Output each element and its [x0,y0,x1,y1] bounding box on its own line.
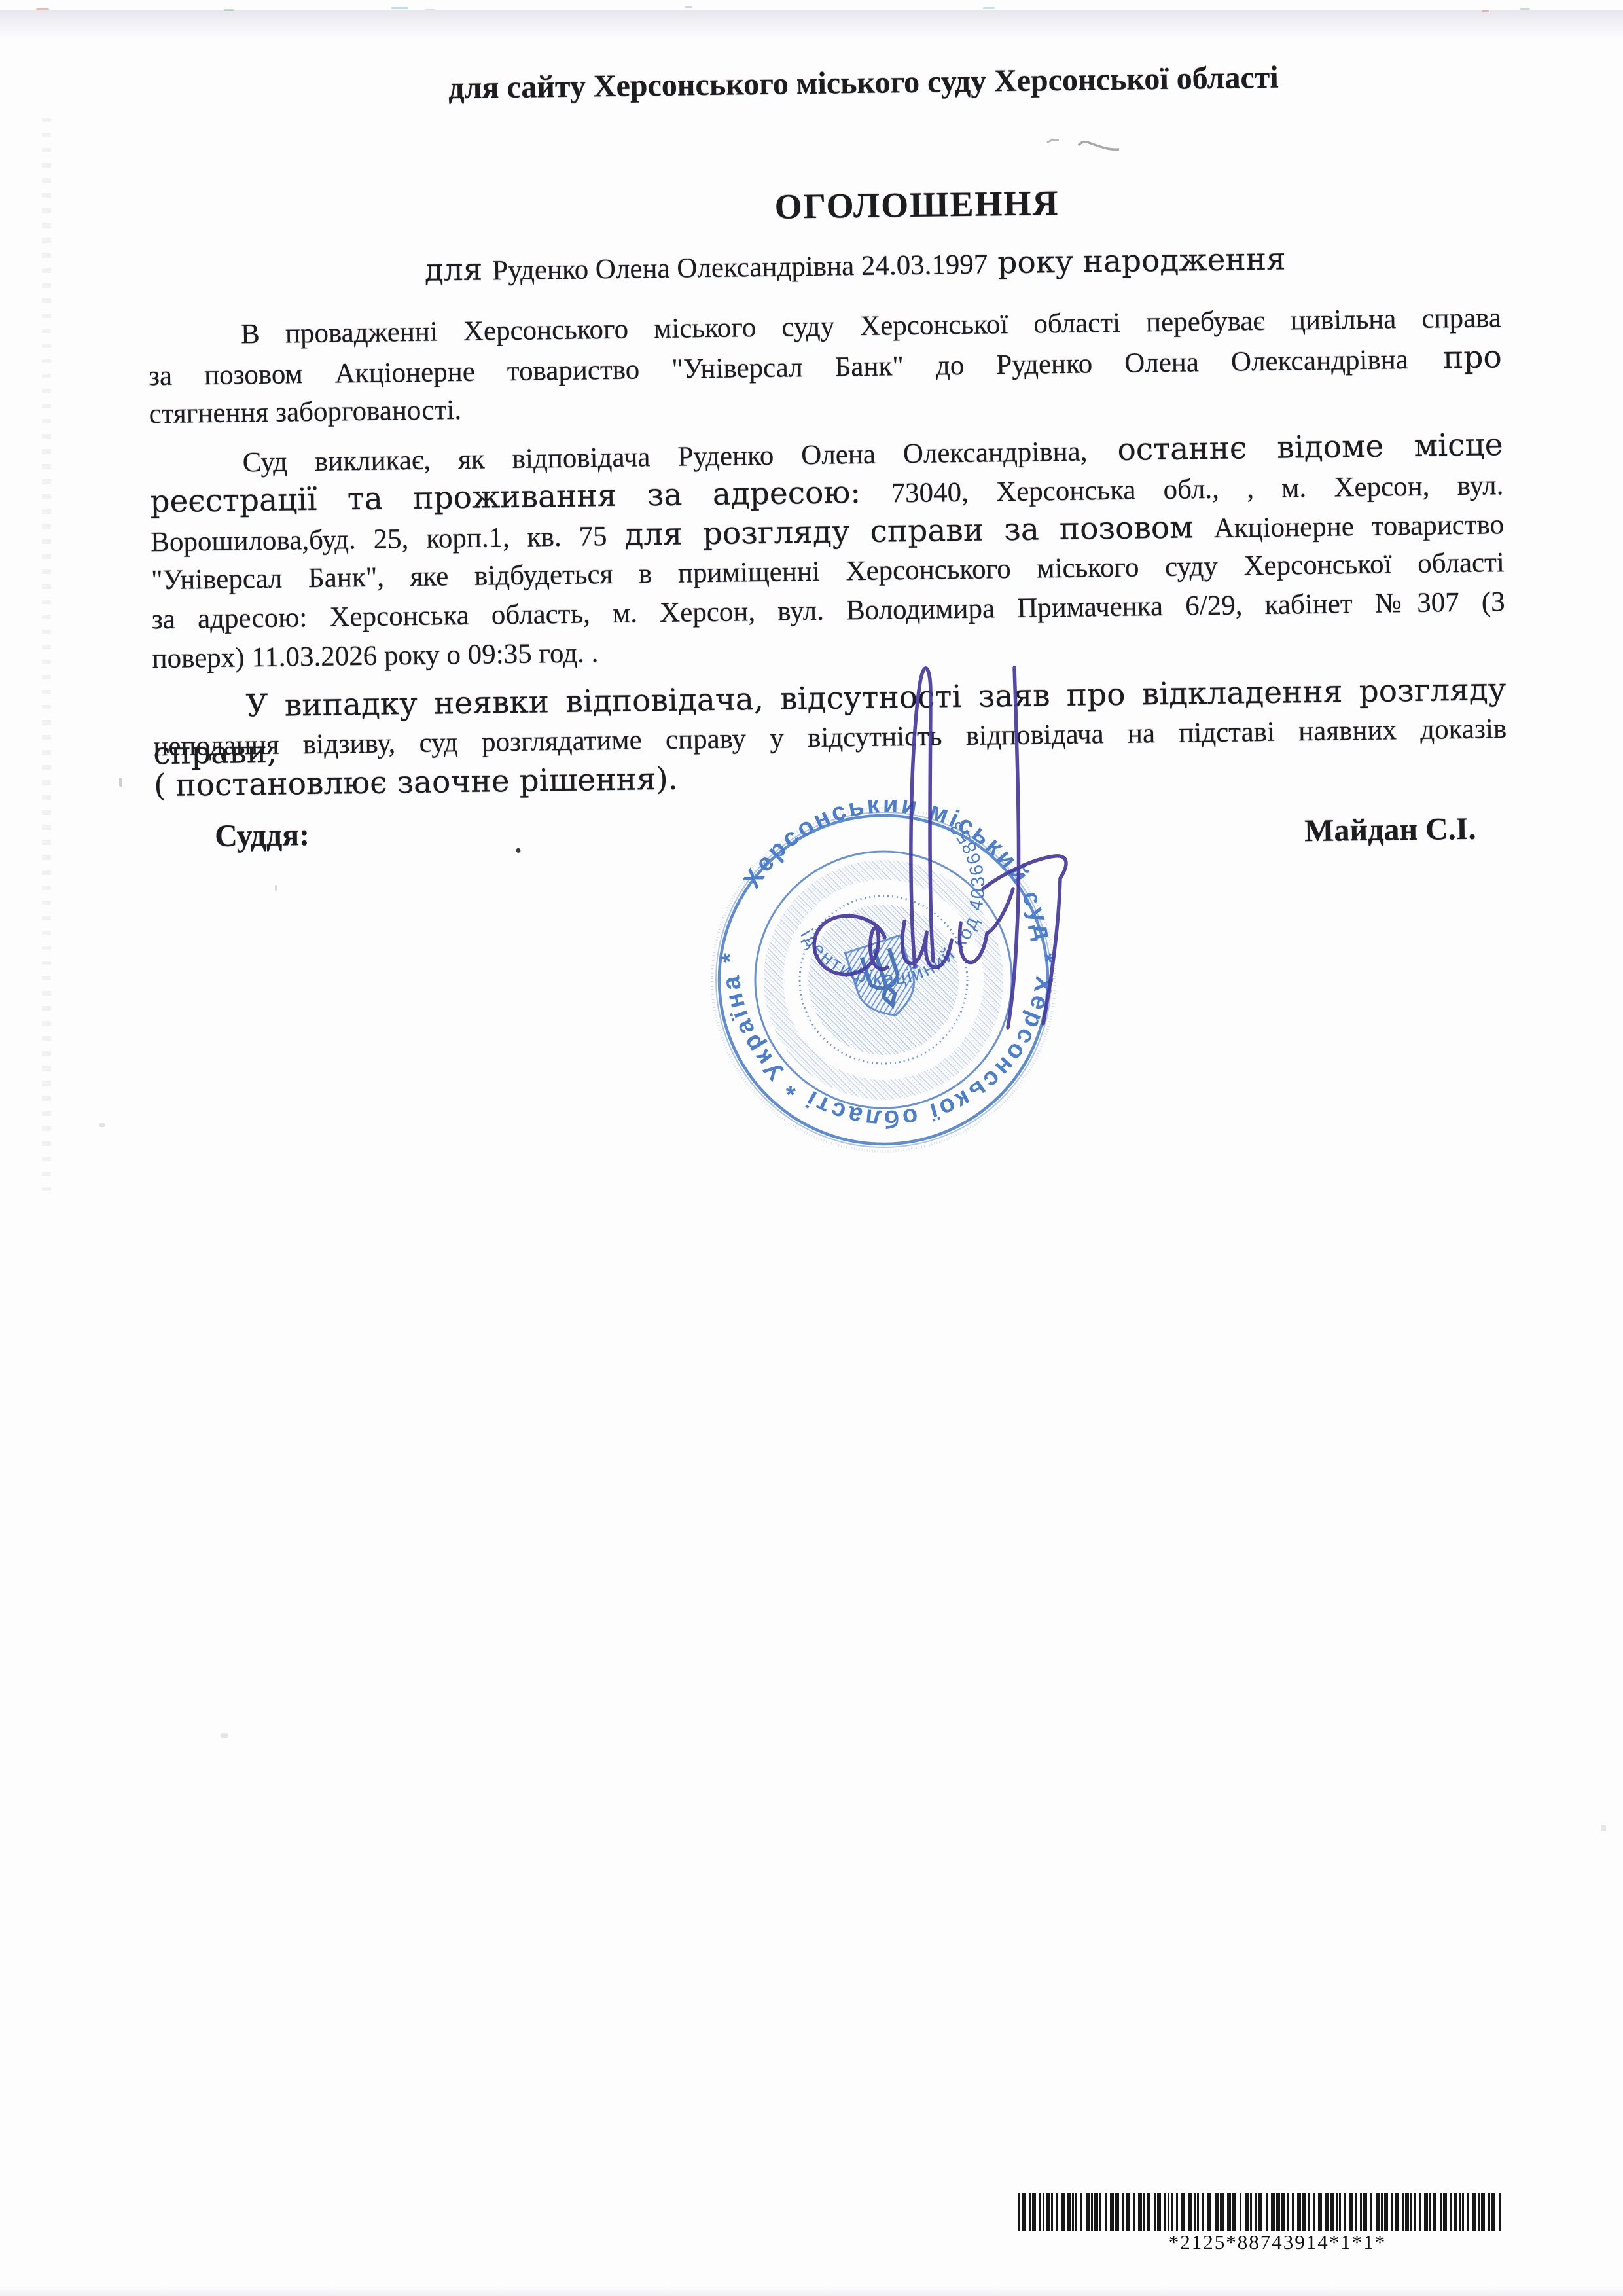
judge-signature [753,648,1145,1178]
respondent-name-and-birthdate: Руденко Олена Олександрівна 24.03.1997 [492,249,988,286]
barcode-text: *2125*88743914*1*1* [1018,2231,1537,2254]
announcement-heading: ОГОЛОШЕННЯ [774,183,1060,227]
judge-label: Суддя: [215,817,310,854]
scan-speck [221,1733,228,1738]
judge-name: Майдан С.І. [1304,811,1476,849]
barcode [1018,2193,1537,2231]
scan-speck [1601,1825,1606,1831]
announcement-subtitle: для Руденко Олена Олександрівна 24.03.19… [424,241,1285,288]
paragraph-case-info: В провадженні Херсонського міського суду… [148,298,1503,434]
stray-dot [516,848,520,853]
page-title: для сайту Херсонського міського суду Хер… [448,60,1279,107]
scan-noise-bottom [0,2287,1623,2296]
subtitle-suffix: року народження [988,241,1286,281]
subtitle-prefix: для [424,251,492,288]
barcode-block: *2125*88743914*1*1* [1018,2193,1537,2254]
paragraph-summons: Суд викликає, як відповідача Руденко Оле… [149,425,1506,679]
document-page: для сайту Херсонського міського суду Хер… [0,0,1623,2296]
